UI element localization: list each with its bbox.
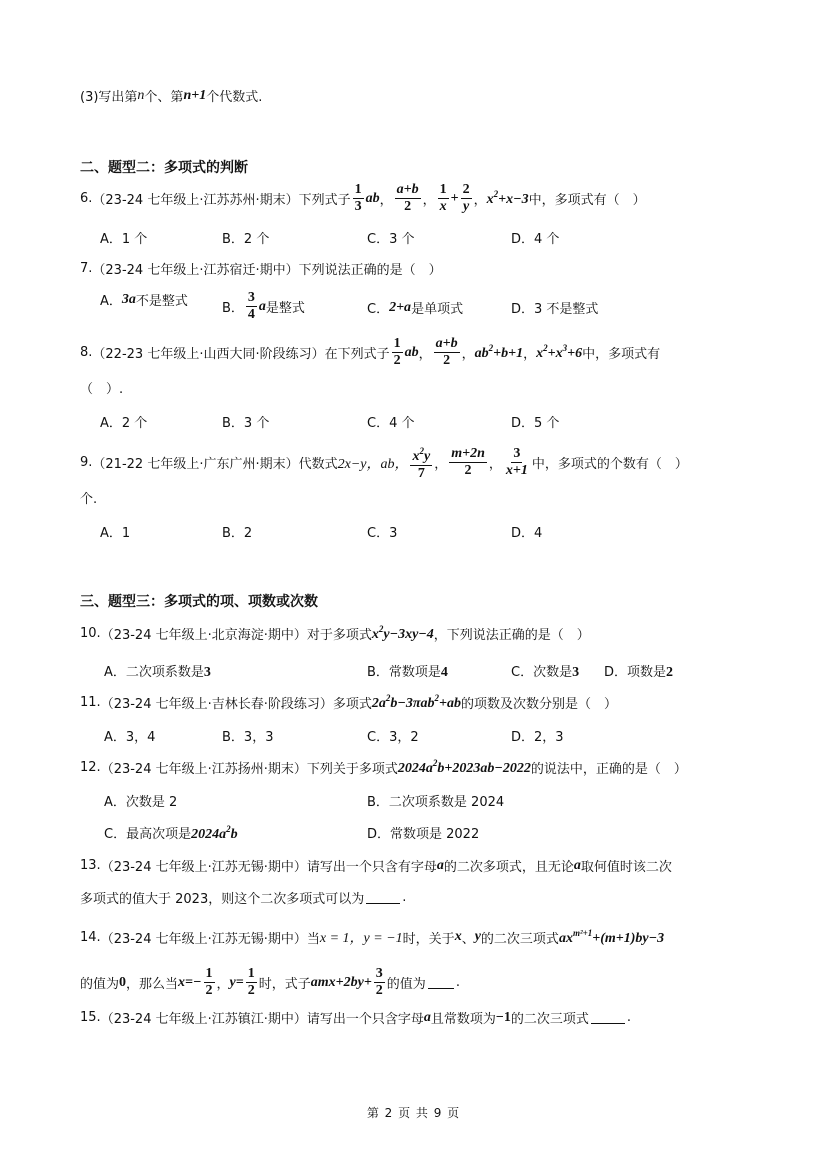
separator: ， bbox=[419, 343, 432, 362]
intro-text: 个、第 bbox=[144, 86, 183, 105]
intro-line: (3)写出第 n 个、第 n+1 个代数式. bbox=[80, 86, 262, 105]
answer-blank[interactable] bbox=[428, 976, 454, 989]
math-op: + bbox=[451, 191, 459, 207]
fraction: 13 bbox=[353, 182, 364, 215]
option-d[interactable]: D．4 bbox=[511, 522, 542, 541]
option-d[interactable]: D．5 个 bbox=[511, 412, 559, 431]
question-stem: 多项式 bbox=[333, 693, 372, 712]
question-stem: 的值为 bbox=[80, 973, 119, 992]
question-8-continuation: （ ）. bbox=[80, 378, 123, 397]
question-stem: 请写出一个只含有字母 bbox=[307, 856, 437, 875]
math-expr: axm²+1+(m+1)by−3 bbox=[559, 928, 664, 947]
question-stem: 代数式 bbox=[299, 453, 338, 472]
question-stem: 下列关于多项式 bbox=[307, 758, 398, 777]
separator: ， bbox=[423, 189, 436, 208]
punctuation: . bbox=[402, 890, 406, 905]
question-stem: 中，多项式有（ ） bbox=[529, 189, 646, 208]
question-source: （23-24 七年级上·江苏宿迁·期中） bbox=[92, 259, 298, 278]
option-b[interactable]: B．2 bbox=[222, 522, 252, 541]
question-number: 7. bbox=[80, 261, 92, 276]
question-stem: 取何值时该二次 bbox=[581, 856, 672, 875]
fraction: 3x+1 bbox=[504, 446, 530, 479]
option-a[interactable]: A．次数是 2 bbox=[104, 791, 177, 810]
option-c[interactable]: C．3，2 bbox=[367, 726, 419, 745]
option-b[interactable]: B．3，3 bbox=[222, 726, 273, 745]
question-source: （23-24 七年级上·江苏镇江·期中） bbox=[101, 1008, 307, 1027]
question-source: （23-24 七年级上·吉林长春·阶段练习） bbox=[101, 693, 333, 712]
question-stem: 多项式的值大于 2023，则这个二次多项式可以为 bbox=[80, 888, 364, 907]
answer-blank[interactable] bbox=[366, 891, 400, 904]
separator: ， bbox=[489, 453, 502, 472]
question-7: 7. （23-24 七年级上·江苏宿迁·期中） 下列说法正确的是（ ） bbox=[80, 259, 442, 278]
question-source: （23-24 七年级上·江苏无锡·期中） bbox=[101, 928, 307, 947]
option-c[interactable]: C．4 个 bbox=[367, 412, 414, 431]
option-b[interactable]: B． 34 a是整式 bbox=[222, 290, 305, 323]
fraction: 12 bbox=[392, 336, 403, 369]
question-source: （22-23 七年级上·山西大同·阶段练习） bbox=[92, 343, 324, 362]
question-9-continuation: 个. bbox=[80, 488, 97, 507]
question-9: 9. （21-22 七年级上·广东广州·期末） 代数式 2x−y，ab， x2y… bbox=[80, 443, 688, 482]
math-expr: ab bbox=[405, 345, 419, 361]
math-expr: x2y−3xy−4 bbox=[372, 624, 434, 643]
question-stem: ，那么当 bbox=[126, 973, 178, 992]
option-a[interactable]: A．2 个 bbox=[100, 412, 147, 431]
question-15: 15. （23-24 七年级上·江苏镇江·期中） 请写出一个只含字母 a 且常数… bbox=[80, 1008, 631, 1027]
math-var: x bbox=[455, 929, 462, 945]
intro-text: (3)写出第 bbox=[80, 86, 137, 105]
fraction: m+2n2 bbox=[449, 446, 487, 479]
math-var: a bbox=[424, 1010, 431, 1026]
question-13-line2: 多项式的值大于 2023，则这个二次多项式可以为 . bbox=[80, 888, 406, 907]
answer-blank[interactable] bbox=[591, 1011, 625, 1024]
question-stem: 在下列式子 bbox=[325, 343, 390, 362]
question-stem: 时，关于 bbox=[403, 928, 455, 947]
math-n: n bbox=[137, 88, 144, 104]
question-stem: 的二次三项式 bbox=[511, 1008, 589, 1027]
punctuation: . bbox=[456, 975, 460, 990]
option-a[interactable]: A．1 个 bbox=[100, 228, 147, 247]
section-heading: 二、题型二：多项式的判断 bbox=[80, 157, 248, 177]
math-expr: amx+2by+ bbox=[311, 975, 372, 991]
question-stem: 的值为 bbox=[387, 973, 426, 992]
punctuation: 、 bbox=[462, 928, 475, 947]
fraction: x2y7 bbox=[410, 443, 432, 482]
question-source: （23-24 七年级上·江苏无锡·期中） bbox=[101, 856, 307, 875]
question-stem: 当 bbox=[307, 928, 320, 947]
math-expr: ab bbox=[366, 191, 380, 207]
option-b[interactable]: B．二次项系数是 2024 bbox=[367, 791, 504, 810]
question-source: （21-22 七年级上·广东广州·期末） bbox=[92, 453, 298, 472]
math-expr: x=− bbox=[178, 975, 201, 991]
question-14: 14. （23-24 七年级上·江苏无锡·期中） 当 x = 1，y = −1 … bbox=[80, 927, 664, 947]
math-expr: 2024a2b+2023ab−2022 bbox=[398, 758, 531, 777]
question-stem: 的二次三项式 bbox=[481, 928, 559, 947]
option-c[interactable]: C．次数是3 bbox=[511, 661, 579, 681]
question-11: 11. （23-24 七年级上·吉林长春·阶段练习） 多项式 2a2b−3πab… bbox=[80, 693, 617, 712]
option-c[interactable]: C．2+a是单项式 bbox=[367, 298, 463, 317]
question-stem: 时，式子 bbox=[259, 973, 311, 992]
question-8: 8. （22-23 七年级上·山西大同·阶段练习） 在下列式子 12 ab ， … bbox=[80, 336, 660, 369]
question-number: 8. bbox=[80, 345, 92, 360]
separator: ， bbox=[434, 453, 447, 472]
section-heading: 三、题型三：多项式的项、项数或次数 bbox=[80, 591, 318, 611]
question-number: 12. bbox=[80, 760, 101, 775]
question-stem: 下列说法正确的是（ ） bbox=[299, 259, 442, 278]
page-footer: 第 2 页 共 9 页 bbox=[0, 1104, 827, 1121]
question-number: 10. bbox=[80, 626, 101, 641]
option-d[interactable]: D．4 个 bbox=[511, 228, 559, 247]
question-stem: 的项数及次数分别是（ ） bbox=[461, 693, 617, 712]
option-c[interactable]: C．最高次项是2024a2b bbox=[104, 823, 238, 843]
question-source: （23-24 七年级上·江苏苏州·期末） bbox=[92, 189, 298, 208]
separator: ， bbox=[462, 343, 475, 362]
question-stem: 请写出一个只含字母 bbox=[307, 1008, 424, 1027]
question-stem: 下列式子 bbox=[299, 189, 351, 208]
option-d[interactable]: D．项数是2 bbox=[604, 661, 673, 681]
separator: ， bbox=[523, 343, 536, 362]
separator: ， bbox=[217, 973, 230, 992]
math-var: a bbox=[437, 858, 444, 874]
question-number: 9. bbox=[80, 455, 92, 470]
math-expr: 2x−y，ab， bbox=[338, 453, 409, 473]
question-13: 13. （23-24 七年级上·江苏无锡·期中） 请写出一个只含有字母 a 的二… bbox=[80, 856, 672, 875]
fraction: a+b2 bbox=[395, 182, 421, 215]
fraction: 2y bbox=[461, 182, 472, 215]
option-a[interactable]: A．3，4 bbox=[104, 726, 155, 745]
fraction: 1x bbox=[438, 182, 449, 215]
math-condition: x = 1，y = −1 bbox=[320, 927, 403, 947]
punctuation: . bbox=[627, 1010, 631, 1025]
option-d[interactable]: D．3 不是整式 bbox=[511, 298, 598, 317]
fraction: a+b2 bbox=[434, 336, 460, 369]
math-n-plus-1: n+1 bbox=[183, 88, 206, 104]
option-b[interactable]: B．2 个 bbox=[222, 228, 269, 247]
question-14-line2: 的值为 0 ，那么当 x=− 12 ， y= 12 时，式子 amx+2by+ … bbox=[80, 966, 460, 999]
fraction: 32 bbox=[374, 966, 385, 999]
question-12: 12. （23-24 七年级上·江苏扬州·期末） 下列关于多项式 2024a2b… bbox=[80, 758, 687, 777]
question-stem: 的说法中，正确的是（ ） bbox=[531, 758, 687, 777]
option-b[interactable]: B．常数项是4 bbox=[367, 661, 448, 681]
separator: ， bbox=[380, 189, 393, 208]
math-var: a bbox=[574, 858, 581, 874]
math-expr: ab2+b+1 bbox=[475, 343, 523, 362]
option-d[interactable]: D．常数项是 2022 bbox=[367, 823, 479, 842]
math-expr: x2+x3+6 bbox=[536, 343, 582, 362]
question-number: 11. bbox=[80, 695, 101, 710]
math-expr: x2+x−3 bbox=[487, 189, 529, 208]
math-expr: y= bbox=[230, 975, 244, 991]
question-number: 15. bbox=[80, 1010, 101, 1025]
question-number: 6. bbox=[80, 191, 92, 206]
option-c[interactable]: C．3 bbox=[367, 522, 397, 541]
question-stem: 且常数项为 bbox=[431, 1008, 496, 1027]
question-stem: 对于多项式 bbox=[307, 624, 372, 643]
option-d[interactable]: D．2，3 bbox=[511, 726, 564, 745]
question-stem: 中，多项式有 bbox=[582, 343, 660, 362]
option-a[interactable]: A．3a不是整式 bbox=[100, 290, 188, 309]
question-number: 14. bbox=[80, 930, 101, 945]
question-source: （23-24 七年级上·北京海淀·期中） bbox=[101, 624, 307, 643]
question-number: 13. bbox=[80, 858, 101, 873]
option-a[interactable]: A．1 bbox=[100, 522, 130, 541]
question-source: （23-24 七年级上·江苏扬州·期末） bbox=[101, 758, 307, 777]
fraction: 12 bbox=[246, 966, 257, 999]
separator: ， bbox=[474, 189, 487, 208]
option-c[interactable]: C．3 个 bbox=[367, 228, 414, 247]
question-stem: 的二次多项式，且无论 bbox=[444, 856, 574, 875]
math-value: 0 bbox=[119, 975, 126, 991]
option-b[interactable]: B．3 个 bbox=[222, 412, 269, 431]
question-stem: ，下列说法正确的是（ ） bbox=[434, 624, 590, 643]
question-stem: 中，多项式的个数有（ ） bbox=[532, 453, 688, 472]
fraction: 12 bbox=[204, 966, 215, 999]
math-value: −1 bbox=[496, 1010, 511, 1026]
math-expr: 2a2b−3πab2+ab bbox=[372, 693, 461, 712]
question-6: 6. （23-24 七年级上·江苏苏州·期末） 下列式子 13 ab ， a+b… bbox=[80, 182, 646, 215]
intro-text: 个代数式. bbox=[206, 86, 262, 105]
question-10: 10. （23-24 七年级上·北京海淀·期中） 对于多项式 x2y−3xy−4… bbox=[80, 624, 590, 643]
option-a[interactable]: A．二次项系数是3 bbox=[104, 661, 211, 681]
